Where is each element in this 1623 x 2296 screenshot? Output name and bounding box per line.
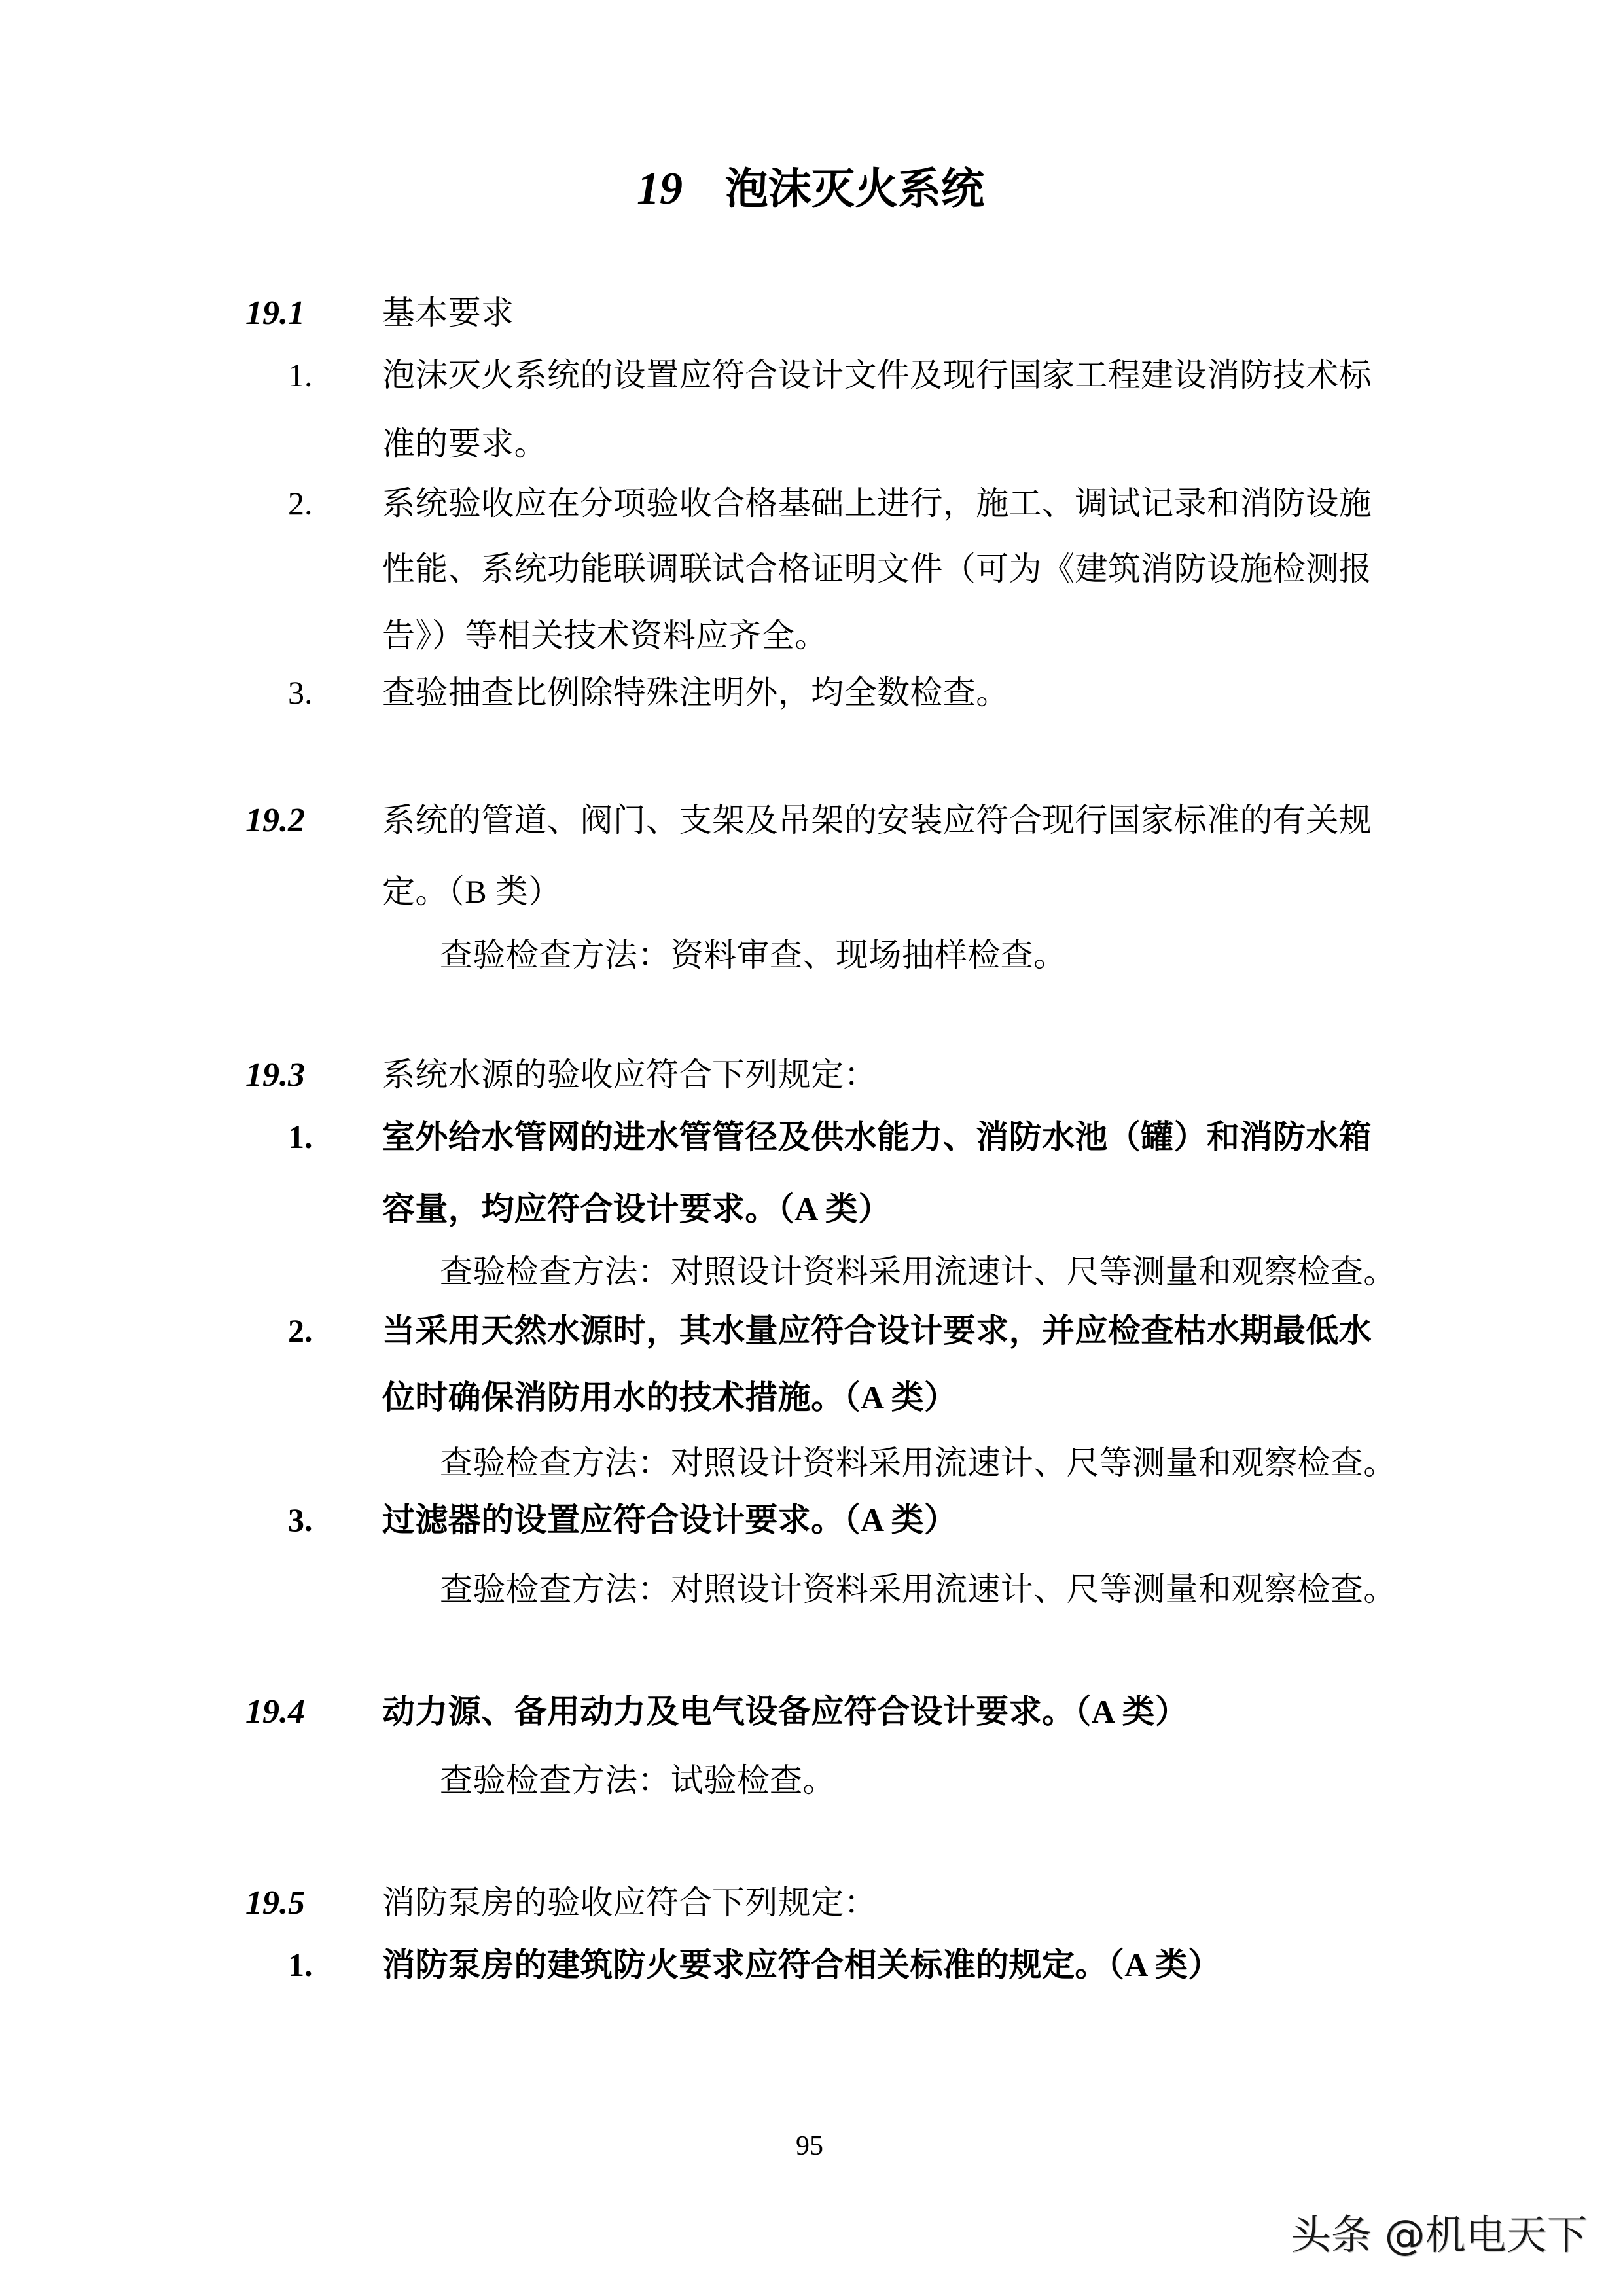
item-number: 3. xyxy=(288,1503,382,1536)
inspection-method: 查验检查方法：对照设计资料采用流速计、尺等测量和观察检查。 xyxy=(440,1255,1397,1288)
section-number: 19.5 xyxy=(245,1887,382,1920)
inspection-method: 查验检查方法：资料审查、现场抽样检查。 xyxy=(440,939,1067,971)
item-text-continuation: 告》）等相关技术资料应齐全。 xyxy=(382,619,828,652)
item-number: 2. xyxy=(288,1314,382,1347)
item-number: 3. xyxy=(288,676,382,709)
chapter-title: 19泡沫灭火系统 xyxy=(637,168,984,211)
inspection-method: 查验检查方法：对照设计资料采用流速计、尺等测量和观察检查。 xyxy=(440,1573,1397,1605)
item-text-continuation: 位时确保消防用水的技术措施。（A 类） xyxy=(382,1381,957,1414)
section-heading-text: 基本要求 xyxy=(382,295,514,331)
section-19-3-heading: 19.3系统水源的验收应符合下列规定： xyxy=(245,1058,877,1092)
item-text-continuation: 准的要求。 xyxy=(382,427,547,460)
page-number: 95 xyxy=(0,2132,1619,2160)
list-item: 2.系统验收应在分项验收合格基础上进行，施工、调试记录和消防设施 xyxy=(288,487,1372,520)
item-text: 系统验收应在分项验收合格基础上进行，施工、调试记录和消防设施 xyxy=(382,485,1372,522)
section-heading-text: 系统的管道、阀门、支架及吊架的安装应符合现行国家标准的有关规 xyxy=(382,802,1372,838)
item-number: 1. xyxy=(288,1948,382,1981)
item-text: 过滤器的设置应符合设计要求。（A 类） xyxy=(382,1501,957,1538)
document-page: 19泡沫灭火系统 19.1基本要求 1.泡沫灭火系统的设置应符合设计文件及现行国… xyxy=(0,0,1623,2296)
list-item: 1.泡沫灭火系统的设置应符合设计文件及现行国家工程建设消防技术标 xyxy=(288,359,1372,391)
list-item: 3.查验抽查比例除特殊注明外，均全数检查。 xyxy=(288,676,1009,709)
list-item: 1.室外给水管网的进水管管径及供水能力、消防水池（罐）和消防水箱 xyxy=(288,1121,1372,1153)
section-text-continuation: 定。（B 类） xyxy=(382,875,562,908)
item-number: 1. xyxy=(288,1121,382,1153)
item-text: 室外给水管网的进水管管径及供水能力、消防水池（罐）和消防水箱 xyxy=(382,1119,1372,1155)
list-item: 1.消防泵房的建筑防火要求应符合相关标准的规定。（A 类） xyxy=(288,1948,1221,1981)
section-19-1-heading: 19.1基本要求 xyxy=(245,296,514,330)
section-heading-text: 消防泵房的验收应符合下列规定： xyxy=(382,1884,877,1921)
item-text: 消防泵房的建筑防火要求应符合相关标准的规定。（A 类） xyxy=(382,1946,1221,1983)
item-text: 当采用天然水源时，其水量应符合设计要求，并应检查枯水期最低水 xyxy=(382,1312,1372,1349)
list-item: 2.当采用天然水源时，其水量应符合设计要求，并应检查枯水期最低水 xyxy=(288,1314,1372,1347)
section-19-4-heading: 19.4动力源、备用动力及电气设备应符合设计要求。（A 类） xyxy=(245,1695,1188,1729)
chapter-number: 19 xyxy=(637,168,725,211)
section-number: 19.4 xyxy=(245,1696,382,1729)
section-heading-text: 系统水源的验收应符合下列规定： xyxy=(382,1056,877,1093)
list-item: 3.过滤器的设置应符合设计要求。（A 类） xyxy=(288,1503,957,1536)
section-heading-text: 动力源、备用动力及电气设备应符合设计要求。（A 类） xyxy=(382,1693,1188,1730)
section-number: 19.3 xyxy=(245,1059,382,1092)
item-number: 1. xyxy=(288,359,382,391)
watermark: 头条 @机电天下 xyxy=(1291,2215,1588,2255)
section-19-5-heading: 19.5消防泵房的验收应符合下列规定： xyxy=(245,1886,877,1920)
item-text: 泡沫灭火系统的设置应符合设计文件及现行国家工程建设消防技术标 xyxy=(382,357,1372,393)
item-number: 2. xyxy=(288,487,382,520)
inspection-method: 查验检查方法：对照设计资料采用流速计、尺等测量和观察检查。 xyxy=(440,1446,1397,1479)
section-number: 19.1 xyxy=(245,297,382,330)
item-text: 查验抽查比例除特殊注明外，均全数检查。 xyxy=(382,674,1009,711)
item-text-continuation: 容量，均应符合设计要求。（A 类） xyxy=(382,1193,891,1225)
inspection-method: 查验检查方法：试验检查。 xyxy=(440,1764,836,1797)
chapter-title-text: 泡沫灭火系统 xyxy=(725,166,984,213)
item-text-continuation: 性能、系统功能联调联试合格证明文件（可为《建筑消防设施检测报 xyxy=(382,552,1372,585)
section-number: 19.2 xyxy=(245,804,382,837)
section-19-2-heading: 19.2系统的管道、阀门、支架及吊架的安装应符合现行国家标准的有关规 xyxy=(245,804,1372,837)
